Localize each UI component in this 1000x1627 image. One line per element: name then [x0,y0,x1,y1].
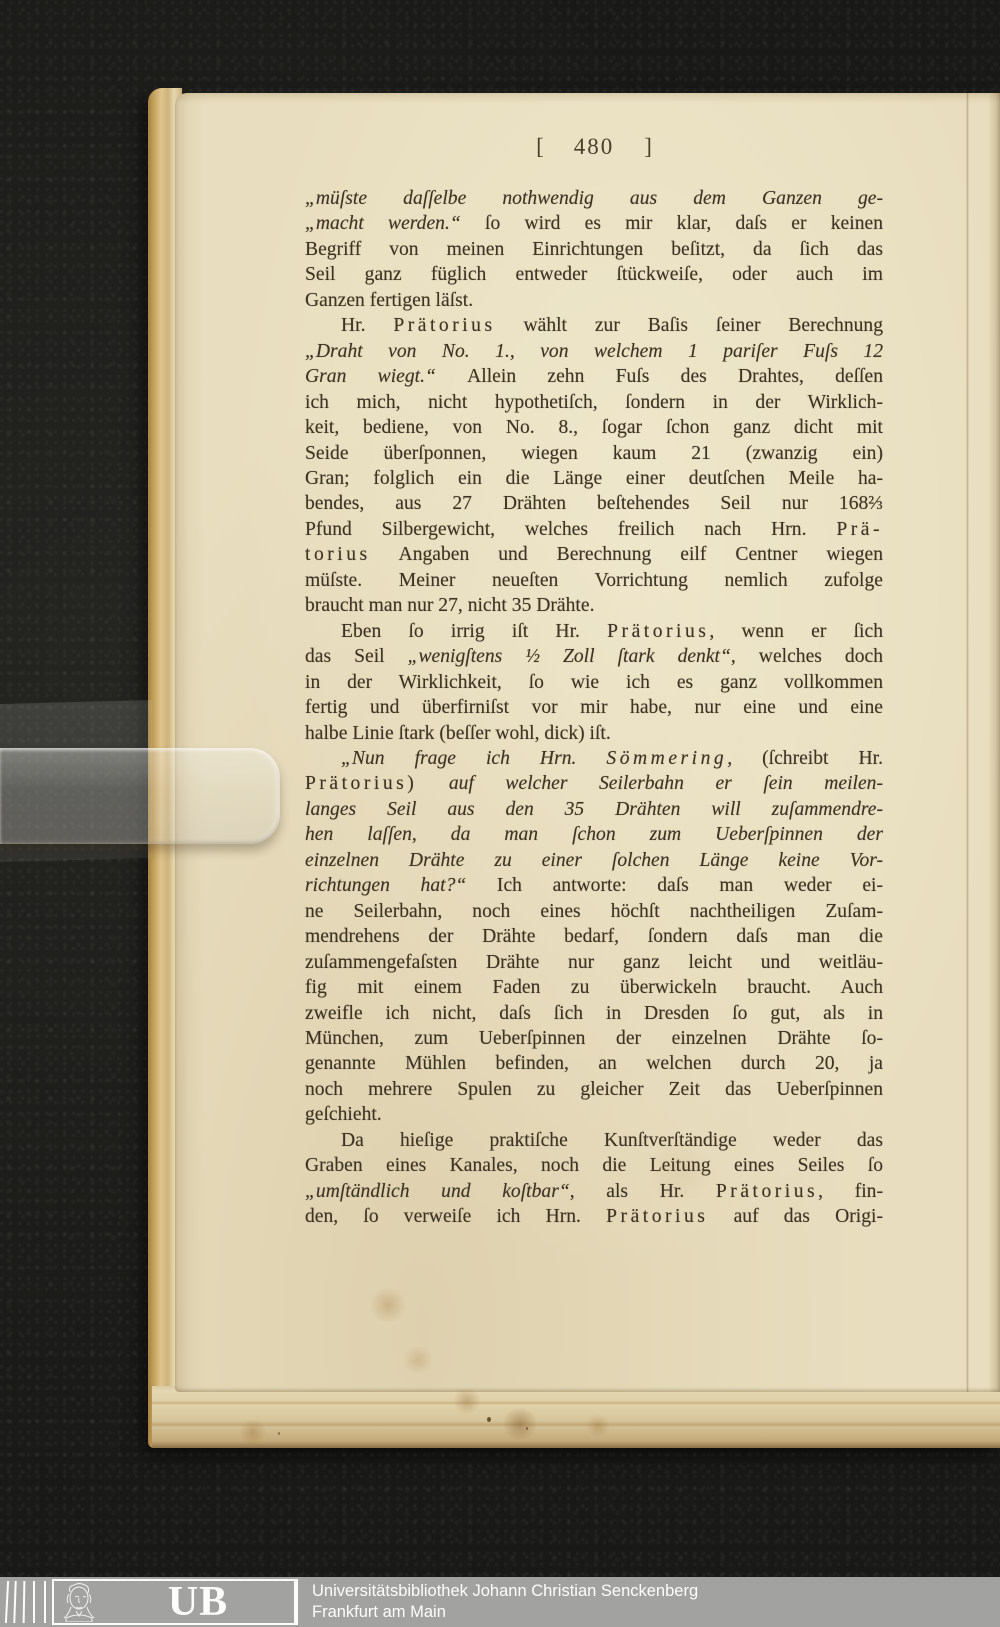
text-segment: fig mit einem Faden zu überwickeln brauc… [305,977,883,998]
text-segment: mendrehens der Drähte bedarf, ſondern da… [305,926,883,947]
text-segment: Sömmering [606,748,727,769]
text-segment: Da hieſige praktiſche Kunſtverſtändige w… [341,1130,883,1151]
text-segment: Prä- [836,519,883,540]
text-line: geſchieht. [305,1102,883,1127]
text-segment: zuſammengefaſsten Drähte nur ganz leicht… [305,952,883,973]
text-segment: auf welcher Seilerbahn er ſein meilen- [449,773,883,794]
text-line: fig mit einem Faden zu überwickeln brauc… [305,975,883,1000]
text-segment: das Seil [305,646,408,667]
ink-speck [487,1417,491,1422]
text-segment: den, ſo verweiſe ich Hrn. [305,1206,606,1227]
text-line: Hr. Prätorius wählt zur Baſis ſeiner Ber… [305,313,883,338]
library-city: Frankfurt am Main [312,1602,698,1623]
bracket-right: ] [644,134,652,160]
text-line: Prätorius) auf welcher Seilerbahn er ſei… [305,771,883,796]
text-segment: „macht werden.“ [305,213,485,234]
text-segment: (ſchreibt Hr. [762,748,883,769]
text-segment: noch mehrere Spulen zu gleicher Zeit das… [305,1079,883,1100]
text-line: „umſtändlich und koſtbar“, als Hr. Präto… [305,1179,883,1204]
text-block: „müſste daſſelbe nothwendig aus dem Ganz… [305,186,883,1230]
text-line: hen laſſen, da man ſchon zum Ueberſpinne… [305,822,883,847]
text-line: langes Seil aus den 35 Drähten will zuſa… [305,797,883,822]
text-segment: hen laſſen, da man ſchon zum Ueberſpinne… [305,824,883,845]
text-line: Gran wiegt.“ Allein zehn Fuſs des Drahte… [305,364,883,389]
text-segment: Ich antworte: daſs man weder ei- [497,875,883,896]
text-segment: genannte Mühlen befinden, an welchen dur… [305,1053,883,1074]
text-line: in der Wirklichkeit, ſo wie ich es ganz … [305,670,883,695]
text-segment: einzelnen Drähte zu einer ſolchen Länge … [305,850,883,871]
text-line: müſste. Meiner neueſten Vorrichtung neml… [305,568,883,593]
text-line: halbe Linie ſtark (beſſer wohl, dick) iſ… [305,721,883,746]
text-segment: zweifle ich nicht, daſs ſich in Dresden … [305,1003,883,1024]
page-holder-strip [0,748,280,844]
text-segment: müſste. Meiner neueſten Vorrichtung neml… [305,570,883,591]
page-block-bottom-edge [152,1386,1000,1448]
senckenberg-portrait-icon [56,1582,102,1622]
text-segment: , fin- [818,1181,883,1202]
text-line: einzelnen Drähte zu einer ſolchen Länge … [305,848,883,873]
text-segment: „umſtändlich und koſtbar“ [305,1181,570,1202]
text-line: Graben eines Kanales, noch die Leitung e… [305,1153,883,1178]
text-segment: braucht man nur 27, nicht 35 Drähte. [305,595,594,616]
text-segment: richtungen hat?“ [305,875,497,896]
text-line: „müſste daſſelbe nothwendig aus dem Ganz… [305,186,883,211]
text-segment: ſo wird es mir klar, daſs er keinen [485,213,883,234]
gutter-crease [966,93,969,1392]
text-segment: langes Seil aus den 35 Drähten will zuſa… [305,799,883,820]
text-segment: Begriff von meinen Einrichtungen beſitzt… [305,239,883,260]
text-segment: Seil ganz füglich entweder ſtückweiſe, o… [305,264,883,285]
page-number: 480 [574,134,615,160]
library-name: Universitätsbibliothek Johann Christian … [312,1581,698,1602]
text-segment: „Draht von No. 1., von welchem 1 pariſer… [305,341,883,362]
text-segment: Angaben und Berechnung eilf Centner wieg… [371,544,883,565]
text-segment: , welches doch [731,646,883,667]
text-segment: „Nun frage ich Hrn. [341,748,606,769]
text-line: noch mehrere Spulen zu gleicher Zeit das… [305,1077,883,1102]
text-line: Ganzen fertigen läſst. [305,288,883,313]
text-line: Eben ſo irrig iſt Hr. Prätorius, wenn er… [305,619,883,644]
text-segment: Gran wiegt.“ [305,366,467,387]
text-segment [417,773,449,794]
text-line: mendrehens der Drähte bedarf, ſondern da… [305,924,883,949]
gutter-shadow [988,93,1000,1392]
text-segment: keit, bediene, von No. 8., ſogar ſchon g… [305,417,883,438]
text-line: Begriff von meinen Einrichtungen beſitzt… [305,237,883,262]
text-line: München, zum Ueberſpinnen der einzelnen … [305,1026,883,1051]
text-line: braucht man nur 27, nicht 35 Drähte. [305,593,883,618]
text-line: ne Seilerbahn, noch eines höchſt nachthe… [305,899,883,924]
text-line: keit, bediene, von No. 8., ſogar ſchon g… [305,415,883,440]
text-segment: ne Seilerbahn, noch eines höchſt nachthe… [305,901,883,922]
text-line: Pfund Silbergewicht, welches freilich na… [305,517,883,542]
text-segment: Hr. [341,315,393,336]
text-line: „Draht von No. 1., von welchem 1 pariſer… [305,339,883,364]
text-line: Gran; folglich ein die Länge einer deutſ… [305,466,883,491]
text-line: ich mich, nicht hypothetiſch, ſondern in… [305,390,883,415]
ub-logo-text: UB [102,1582,294,1622]
text-segment: Pfund Silbergewicht, welches freilich na… [305,519,836,540]
text-line: den, ſo verweiſe ich Hrn. Prätorius auf … [305,1204,883,1229]
text-line: Seil ganz füglich entweder ſtückweiſe, o… [305,262,883,287]
text-segment: Prätorius [606,1206,708,1227]
text-line: torius Angaben und Berechnung eilf Centn… [305,542,883,567]
text-segment: Prätorius [607,621,709,642]
text-segment: ich mich, nicht hypothetiſch, ſondern in… [305,392,883,413]
text-segment: Gran; folglich ein die Länge einer deutſ… [305,468,883,489]
text-line: das Seil „wenigſtens ½ Zoll ſtark denkt“… [305,644,883,669]
text-line: Seide überſponnen, wiegen kaum 21 (zwanz… [305,441,883,466]
library-footer-bar: UB Universitätsbibliothek Johann Christi… [0,1577,1000,1627]
scanned-book-photo: [480] „müſste daſſelbe nothwendig aus de… [0,0,1000,1627]
text-segment: Graben eines Kanales, noch die Leitung e… [305,1155,883,1176]
text-segment: Seide überſponnen, wiegen kaum 21 (zwanz… [305,443,883,464]
text-line: zweifle ich nicht, daſs ſich in Dresden … [305,1001,883,1026]
ub-logo: UB [52,1579,298,1625]
text-segment: München, zum Ueberſpinnen der einzelnen … [305,1028,883,1049]
text-segment: auf das Origi- [708,1206,883,1227]
library-name-block: Universitätsbibliothek Johann Christian … [312,1581,698,1623]
text-segment: „wenigſtens ½ Zoll ſtark denkt“ [408,646,731,667]
text-line: richtungen hat?“ Ich antworte: daſs man … [305,873,883,898]
text-segment: halbe Linie ſtark (beſſer wohl, dick) iſ… [305,723,611,744]
text-segment: Prätorius [393,315,495,336]
bracket-left: [ [536,134,544,160]
text-segment: Eben ſo irrig iſt Hr. [341,621,607,642]
text-segment: , [727,748,762,769]
text-line: fertig und überfirniſst vor mir habe, nu… [305,695,883,720]
text-segment: , als Hr. [570,1181,716,1202]
text-line: bendes, aus 27 Drähten beſtehendes Seil … [305,491,883,516]
text-segment: in der Wirklichkeit, ſo wie ich es ganz … [305,672,883,693]
text-segment: Allein zehn Fuſs des Drahtes, deſſen [467,366,883,387]
text-line: „macht werden.“ ſo wird es mir klar, daſ… [305,211,883,236]
text-segment: Prätorius) [305,773,417,794]
text-segment: geſchieht. [305,1104,382,1125]
text-segment: wählt zur Baſis ſeiner Berechnung [496,315,883,336]
fanned-pages-icon [6,1581,50,1623]
text-segment: Prätorius [716,1181,818,1202]
text-segment: bendes, aus 27 Drähten beſtehendes Seil … [305,493,883,514]
page-number-header: [480] [305,134,883,160]
text-segment: torius [305,544,371,565]
text-segment: , wenn er ſich [709,621,883,642]
text-line: Da hieſige praktiſche Kunſtverſtändige w… [305,1128,883,1153]
text-segment: „müſste daſſelbe nothwendig aus dem Ganz… [305,188,883,209]
text-segment: fertig und überfirniſst vor mir habe, nu… [305,697,883,718]
text-line: zuſammengefaſsten Drähte nur ganz leicht… [305,950,883,975]
text-segment: Ganzen fertigen läſst. [305,290,473,311]
text-line: genannte Mühlen befinden, an welchen dur… [305,1051,883,1076]
text-line: „Nun frage ich Hrn. Sömmering, (ſchreibt… [305,746,883,771]
